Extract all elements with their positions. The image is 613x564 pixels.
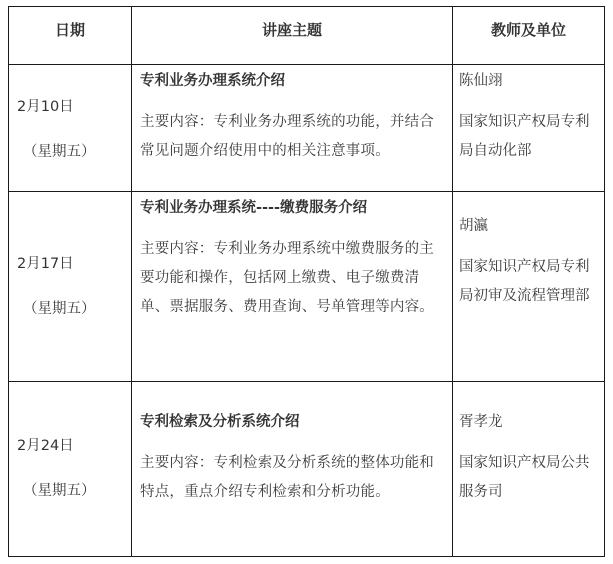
- table-row: 2月17日 （星期五） 专利业务办理系统----缴费服务介绍 主要内容：专利业务…: [9, 192, 605, 382]
- teacher-cell: 胥孝龙 国家知识产权局公共服务司: [453, 382, 605, 557]
- topic-content: 主要内容：专利业务办理系统的功能，并结合常见问题介绍使用中的相关注意事项。: [140, 108, 444, 166]
- header-topic: 讲座主题: [132, 7, 453, 65]
- teacher-unit: 国家知识产权局公共服务司: [459, 449, 598, 507]
- date-cell: 2月17日 （星期五）: [9, 192, 132, 382]
- header-date: 日期: [9, 7, 132, 65]
- date-text: 2月10日: [17, 85, 131, 130]
- teacher-cell: 胡瀛 国家知识产权局专利局初审及流程管理部: [453, 192, 605, 382]
- topic-title: 专利业务办理系统----缴费服务介绍: [140, 194, 444, 223]
- header-teacher: 教师及单位: [453, 7, 605, 65]
- date-text: 2月17日: [17, 242, 131, 287]
- topic-title: 专利业务办理系统介绍: [140, 67, 444, 96]
- weekday-text: （星期五）: [17, 130, 131, 175]
- topic-content: 主要内容：专利业务办理系统中缴费服务的主要功能和操作，包括网上缴费、电子缴费清单…: [140, 235, 444, 322]
- lecture-schedule-table: 日期 讲座主题 教师及单位 2月10日 （星期五） 专利业务办理系统介绍 主要内…: [8, 6, 605, 557]
- table-row: 2月24日 （星期五） 专利检索及分析系统介绍 主要内容：专利检索及分析系统的整…: [9, 382, 605, 557]
- table-row: 2月10日 （星期五） 专利业务办理系统介绍 主要内容：专利业务办理系统的功能，…: [9, 65, 605, 192]
- teacher-cell: 陈仙翊 国家知识产权局专利局自动化部: [453, 65, 605, 192]
- topic-cell: 专利检索及分析系统介绍 主要内容：专利检索及分析系统的整体功能和特点，重点介绍专…: [132, 382, 453, 557]
- weekday-text: （星期五）: [17, 469, 131, 514]
- weekday-text: （星期五）: [17, 287, 131, 332]
- date-cell: 2月10日 （星期五）: [9, 65, 132, 192]
- topic-cell: 专利业务办理系统介绍 主要内容：专利业务办理系统的功能，并结合常见问题介绍使用中…: [132, 65, 453, 192]
- topic-content: 主要内容：专利检索及分析系统的整体功能和特点，重点介绍专利检索和分析功能。: [140, 449, 444, 507]
- teacher-unit: 国家知识产权局专利局自动化部: [459, 108, 598, 166]
- teacher-unit: 国家知识产权局专利局初审及流程管理部: [459, 253, 598, 311]
- teacher-name: 胡瀛: [459, 212, 598, 241]
- teacher-name: 胥孝龙: [459, 408, 598, 437]
- topic-cell: 专利业务办理系统----缴费服务介绍 主要内容：专利业务办理系统中缴费服务的主要…: [132, 192, 453, 382]
- date-text: 2月24日: [17, 424, 131, 469]
- teacher-name: 陈仙翊: [459, 67, 598, 96]
- date-cell: 2月24日 （星期五）: [9, 382, 132, 557]
- topic-title: 专利检索及分析系统介绍: [140, 408, 444, 437]
- table-header-row: 日期 讲座主题 教师及单位: [9, 7, 605, 65]
